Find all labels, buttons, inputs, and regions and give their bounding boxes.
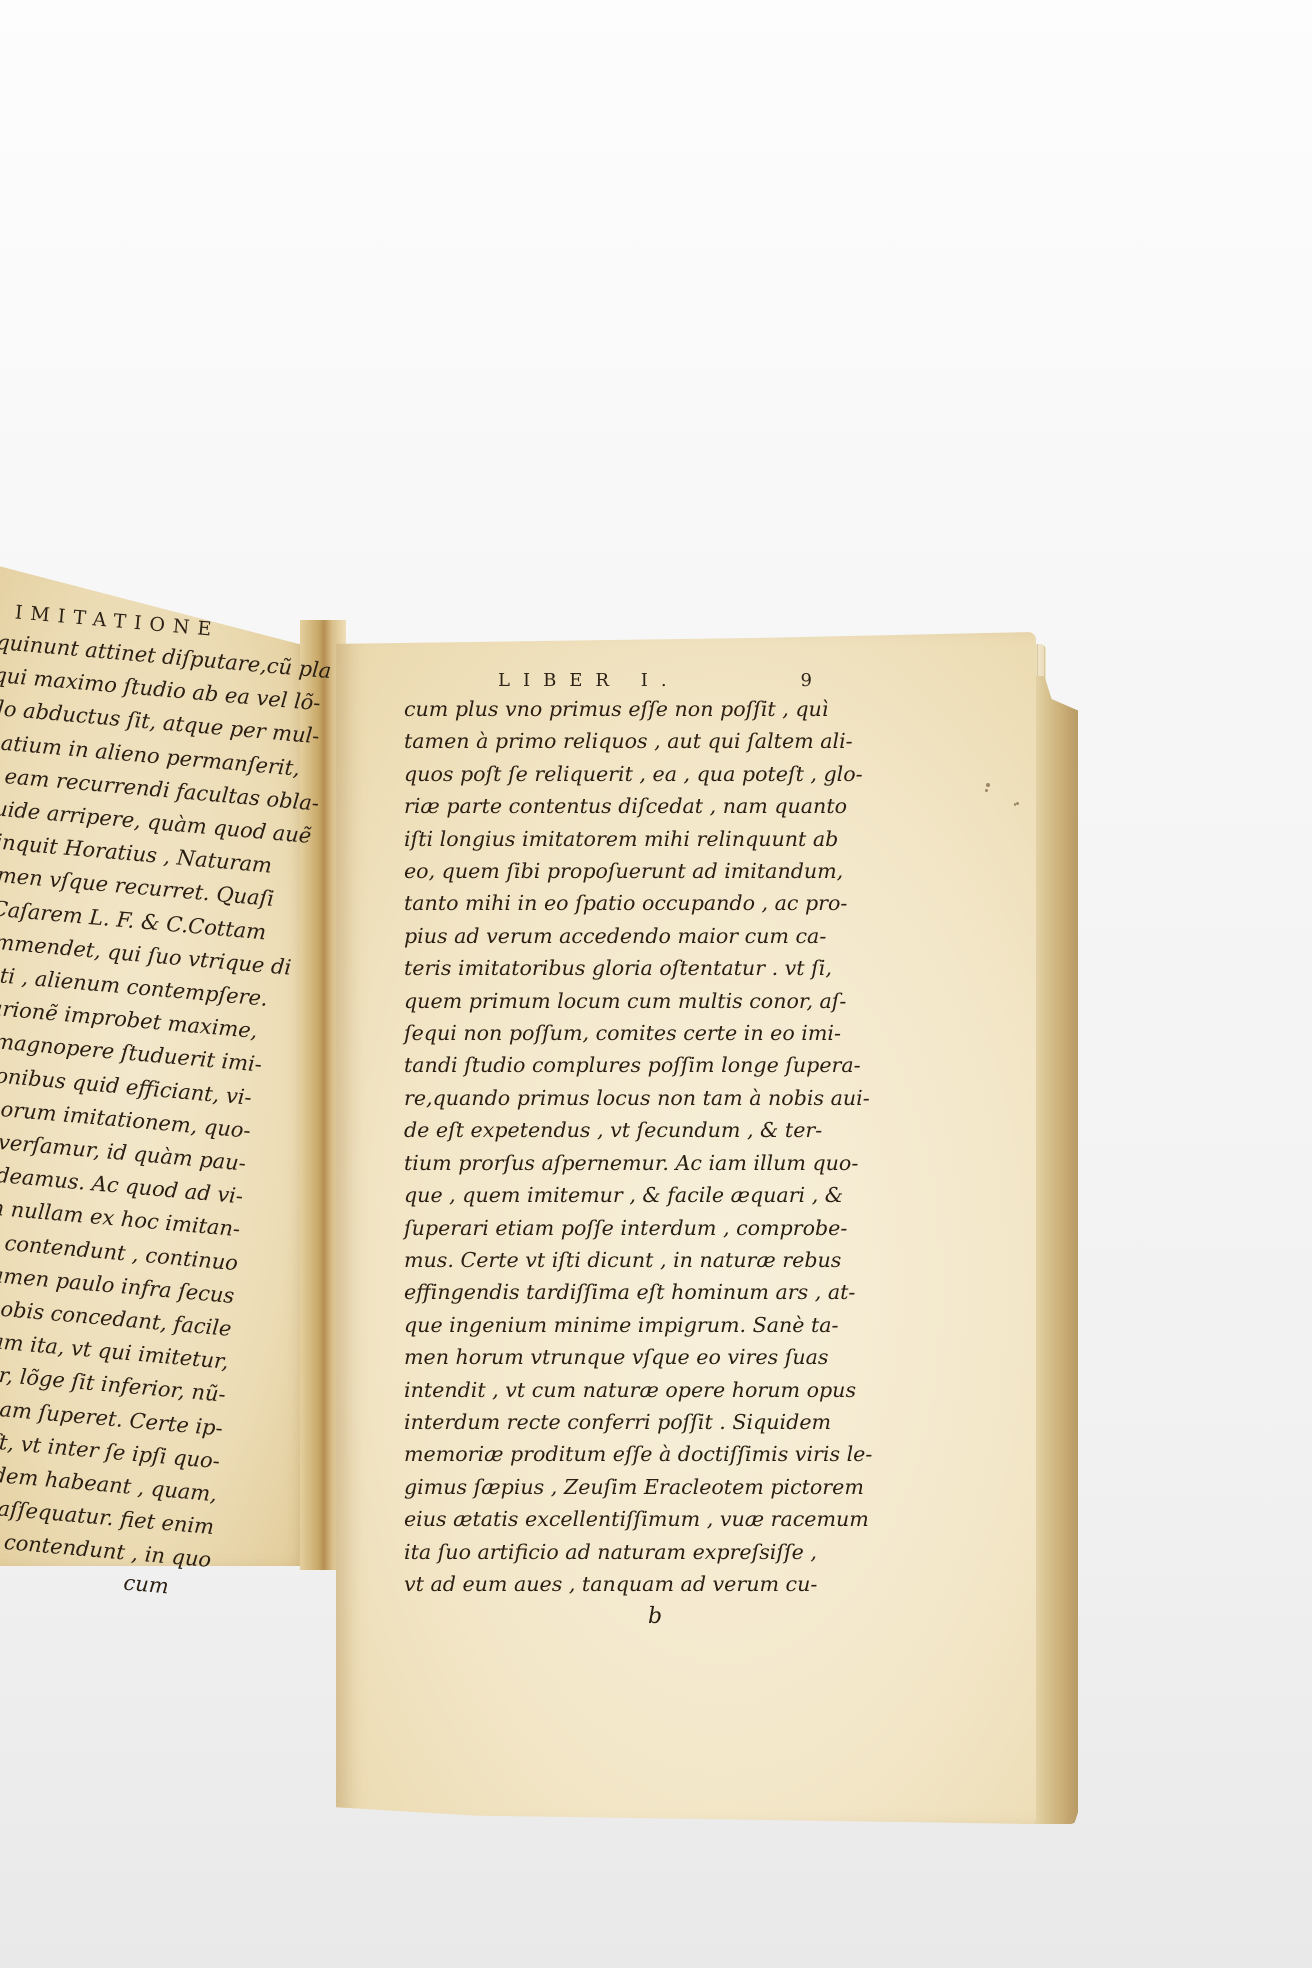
- text-line: interdum recte conferri poſſit . Siquide…: [404, 1406, 816, 1438]
- text-line: quos poſt ſe reliquerit , ea , qua poteſ…: [404, 758, 816, 790]
- running-head-liber: LIBER: [498, 670, 622, 691]
- text-line: que , quem imitemur , & facile æquari , …: [404, 1179, 816, 1211]
- text-line: quem primum locum cum multis conor, aſ-: [404, 985, 816, 1017]
- text-line: ita ſuo artificio ad naturam expreſsiſſe…: [404, 1536, 816, 1568]
- text-line: eius ætatis excellentiſſimum , vuæ racem…: [404, 1503, 816, 1535]
- text-line: tium prorſus aſpernemur. Ac iam illum qu…: [404, 1147, 816, 1179]
- right-page-text: LIBER I. 9 cum plus vno primus eſſe non …: [404, 670, 816, 1629]
- text-line: tamen à primo reliquos , aut qui ſaltem …: [404, 725, 816, 757]
- running-head-title: LIBER I.: [404, 670, 680, 691]
- text-line: eo, quem ſibi propoſuerunt ad imitandum,: [404, 855, 816, 887]
- text-line: pius ad verum accedendo maior cum ca-: [404, 920, 816, 952]
- text-line: re,quando primus locus non tam à nobis a…: [404, 1082, 816, 1114]
- text-line: ſequi non poſſum, comites certe in eo im…: [404, 1017, 816, 1049]
- running-head-book-number: I.: [641, 670, 680, 691]
- text-line: riæ parte contentus diſcedat , nam quant…: [404, 790, 816, 822]
- text-line: effingendis tardiſſima eſt hominum ars ,…: [404, 1276, 816, 1308]
- text-line: men horum vtrunque vſque eo vires ſuas: [404, 1341, 816, 1373]
- page-number: 9: [801, 670, 816, 691]
- vellum-binding-edge: [1030, 676, 1078, 1824]
- text-line: mus. Certe vt iſti dicunt , in naturæ re…: [404, 1244, 816, 1276]
- foxing-spot: [1014, 803, 1016, 806]
- text-line: memoriæ proditum eſſe à doctiſſimis viri…: [404, 1438, 816, 1470]
- signature-mark: b: [404, 1604, 816, 1629]
- text-line: tandi ſtudio complures poſſim longe ſupe…: [404, 1049, 816, 1081]
- foxing-spot: [1016, 802, 1019, 805]
- text-line: vt ad eum aues , tanquam ad verum cu-: [404, 1568, 816, 1600]
- text-line: tanto mihi in eo ſpatio occupando , ac p…: [404, 887, 816, 919]
- foxing-spot: [986, 783, 990, 787]
- foxing-spot: [985, 789, 988, 792]
- text-line: de eſt expetendus , vt ſecundum , & ter-: [404, 1114, 816, 1146]
- text-line: gimus ſæpius , Zeuſim Eracleotem pictore…: [404, 1471, 816, 1503]
- text-line: intendit , vt cum naturæ opere horum opu…: [404, 1374, 816, 1406]
- text-line: ſuperari etiam poſſe interdum , comprobe…: [404, 1212, 816, 1244]
- text-line: cum plus vno primus eſſe non poſſit , qu…: [404, 693, 816, 725]
- text-line: iſti longius imitatorem mihi relinquunt …: [404, 823, 816, 855]
- text-line: teris imitatoribus gloria oſtentatur . v…: [404, 952, 816, 984]
- book-photograph: IMITATIONE quinunt attinet diſputare,cũ …: [0, 0, 1312, 1968]
- running-head-right: LIBER I. 9: [404, 670, 816, 691]
- right-text-block: cum plus vno primus eſſe non poſſit , qu…: [404, 693, 816, 1600]
- text-line: que ingenium minime impigrum. Sanè ta-: [404, 1309, 816, 1341]
